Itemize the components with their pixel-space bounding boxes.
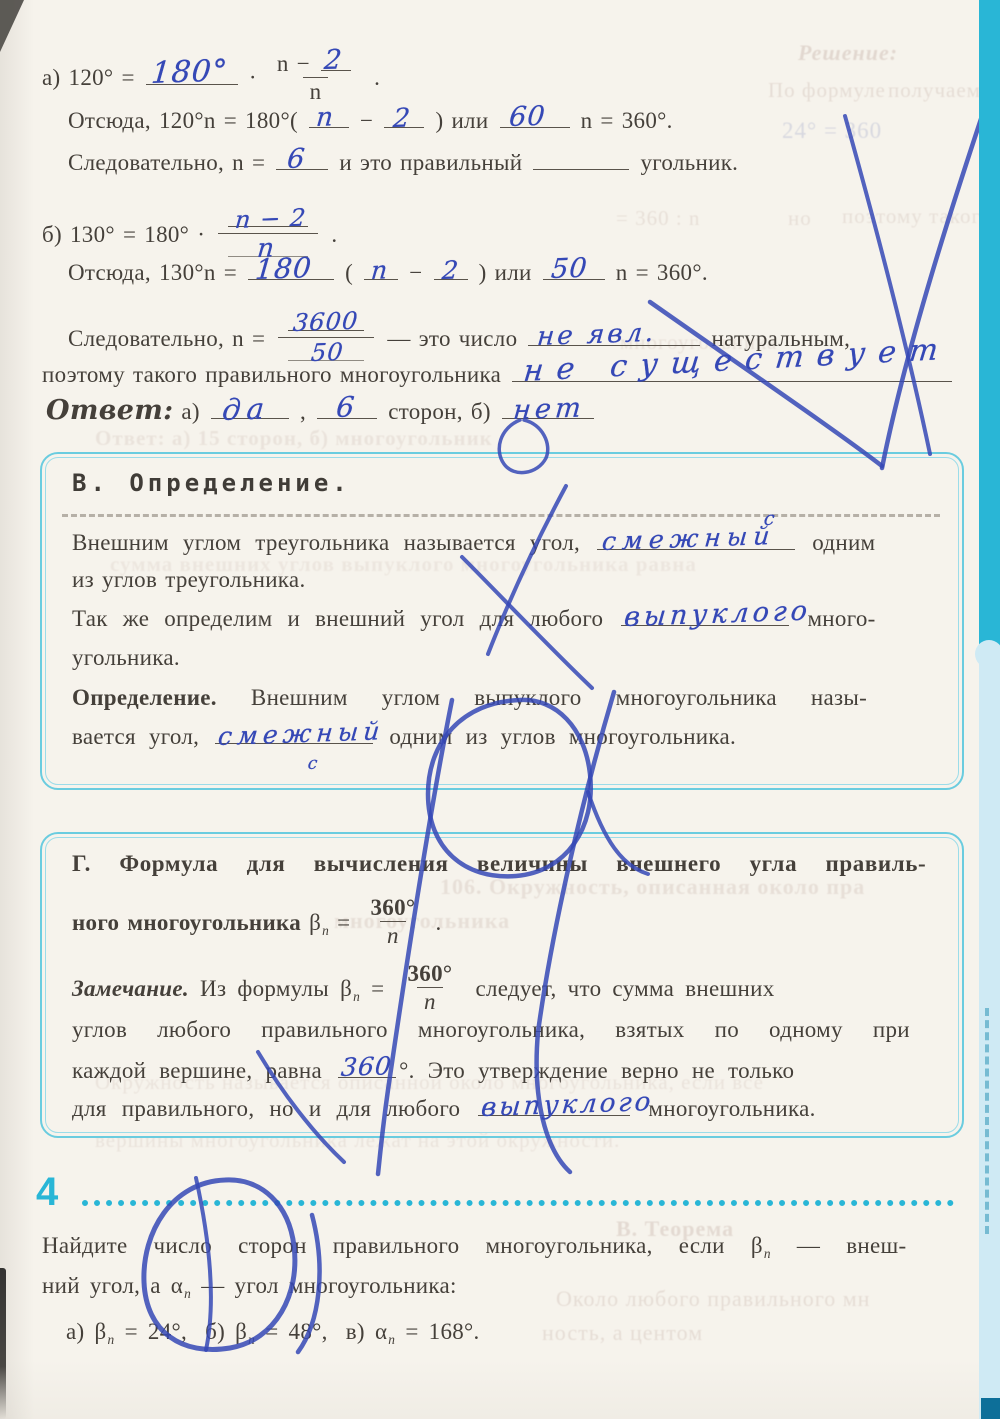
blank-field: выпуклого bbox=[621, 604, 789, 626]
equals-sign: = bbox=[371, 976, 384, 1001]
handwriting-value: 2 bbox=[392, 106, 412, 133]
printed-text: вается угол, bbox=[72, 724, 199, 749]
bleedthrough-text: но bbox=[788, 206, 812, 231]
fraction-numerator: 3600 bbox=[278, 309, 374, 337]
box-v-paragraph1b: из углов треугольника. bbox=[72, 566, 306, 595]
line-ex3b-conclusion2: поэтому такого правильного многоугольник… bbox=[42, 360, 955, 390]
printed-text: Внешним углом выпуклого многоугольника н… bbox=[251, 685, 867, 710]
blank-field: 2 bbox=[434, 258, 468, 280]
printed-text: и это правильный bbox=[339, 150, 522, 175]
printed-text: б) bbox=[471, 399, 491, 424]
line-ex3-answer: Ответ: а) да , 6 сторон, б) нет bbox=[46, 394, 597, 428]
handwriting-value: 6 bbox=[286, 146, 307, 174]
printed-text: − bbox=[409, 260, 422, 285]
blank-field: да bbox=[211, 397, 289, 419]
handwriting-value: 3600 bbox=[292, 309, 359, 335]
handwriting-correction: с bbox=[763, 510, 776, 529]
bleedthrough-text: По формуле bbox=[768, 78, 886, 103]
blank-field: n − 2 bbox=[228, 205, 308, 227]
item-value: = 48°, bbox=[265, 1319, 327, 1344]
item-label: б) bbox=[205, 1319, 225, 1344]
subscript-n: n bbox=[248, 1332, 255, 1347]
printed-text: — внеш- bbox=[797, 1233, 907, 1258]
box-v-paragraph2: Так же определим и внешний угол для любо… bbox=[72, 604, 876, 634]
bleedthrough-handwriting: 24° = 360 bbox=[782, 118, 882, 144]
printed-text: многоугольника. bbox=[648, 1096, 815, 1121]
beta-symbol: β bbox=[235, 1319, 247, 1344]
handwriting-value: смежный bbox=[601, 523, 777, 554]
alpha-symbol: α bbox=[375, 1319, 387, 1344]
printed-text: °. bbox=[399, 1058, 415, 1083]
blank-field: n bbox=[364, 258, 398, 280]
printed-text: n = 360°. bbox=[581, 108, 673, 133]
beta-symbol: β bbox=[340, 976, 352, 1001]
subscript-n: n bbox=[353, 989, 360, 1004]
printed-text: · bbox=[249, 65, 257, 90]
printed-text: − bbox=[360, 108, 373, 133]
blank-field: смежный с bbox=[597, 528, 795, 550]
scan-edge-artifact bbox=[0, 1268, 6, 1419]
pen-stroke-checkmark bbox=[845, 116, 930, 454]
item-label: а) bbox=[66, 1319, 84, 1344]
printed-text: Найдите число сторон правильного многоуг… bbox=[42, 1233, 725, 1258]
handwriting-value: 60 bbox=[508, 103, 547, 131]
bleedthrough-text: поэтому такого bbox=[842, 204, 992, 229]
fraction-denominator: n bbox=[380, 921, 406, 949]
blank-field: 180° bbox=[146, 63, 238, 85]
fraction-denominator: n bbox=[303, 77, 329, 105]
bleedthrough-text: Решение: bbox=[798, 40, 898, 66]
fraction-numerator: 360° bbox=[363, 895, 422, 921]
blank-field: 6 bbox=[317, 397, 377, 419]
fraction: 360° n bbox=[400, 961, 459, 1015]
line-ex3b-step: Отсюда, 130°n = 180 ( n − 2 ) или 50 n =… bbox=[68, 258, 708, 288]
printed-text: угольника. bbox=[72, 645, 180, 670]
blank-field: 2 bbox=[321, 49, 351, 71]
printed-text: Это утверждение верно не только bbox=[428, 1058, 795, 1083]
fraction: 3600 50 bbox=[278, 309, 374, 367]
handwriting-value: 50 bbox=[550, 255, 589, 283]
dotted-rule bbox=[82, 1200, 954, 1206]
printed-text: из углов треугольника. bbox=[72, 567, 306, 592]
printed-text: поэтому такого правильного многоугольник… bbox=[42, 362, 501, 387]
remark-label: Замечание. bbox=[72, 976, 189, 1001]
bleedthrough-text: Около любого правильного мн bbox=[556, 1286, 870, 1312]
handwriting-value: да bbox=[221, 394, 271, 425]
subscript-n: n bbox=[184, 1286, 191, 1301]
scan-corner-artifact bbox=[0, 0, 24, 52]
box-g-title-line1: Г. Формула для вычисления величины внешн… bbox=[72, 850, 926, 879]
fraction-numerator: n − 2 bbox=[218, 205, 318, 233]
equals-sign: = bbox=[337, 910, 350, 935]
right-tab-band-ticks bbox=[985, 1008, 989, 1234]
handwriting-value: 180 bbox=[254, 254, 313, 284]
handwriting-value: n bbox=[315, 105, 335, 132]
handwriting-value: n bbox=[370, 258, 389, 284]
right-tab-page-marker bbox=[981, 1398, 1000, 1419]
beta-symbol: β bbox=[95, 1319, 107, 1344]
beta-symbol: β bbox=[309, 910, 321, 935]
scanned-workbook-page: Ответ: а) 15 сторон, б) многоугольник Ре… bbox=[0, 0, 1000, 1419]
printed-text: каждой вершине, равна bbox=[72, 1058, 322, 1083]
printed-text: б) 130° = 180° · bbox=[42, 222, 205, 247]
printed-text: для правильного, но и для любого bbox=[72, 1096, 460, 1121]
printed-text: — это число bbox=[387, 326, 517, 351]
fraction: n − 2 n bbox=[270, 49, 361, 105]
fraction-numerator: 360° bbox=[400, 961, 459, 987]
answer-label: Ответ: bbox=[46, 395, 173, 426]
exercise4-line2: ний угол, а αn — угол многоугольника: bbox=[42, 1272, 457, 1303]
box-v-paragraph3b: вается угол, смежный с одним из углов мн… bbox=[72, 722, 736, 752]
line-ex3a-conclusion: Следовательно, n = 6 и это правильный уг… bbox=[68, 148, 738, 178]
printed-text: одним из углов многоугольника. bbox=[389, 724, 736, 749]
blank-field: n bbox=[309, 106, 349, 128]
pen-stroke-checkmark bbox=[882, 86, 992, 468]
printed-text: Из формулы bbox=[200, 976, 329, 1001]
printed-text: Следовательно, n = bbox=[68, 150, 265, 175]
printed-text: много- bbox=[807, 606, 875, 631]
blank-field bbox=[533, 148, 629, 170]
printed-text: следует, что сумма внешних bbox=[475, 976, 774, 1001]
bleedthrough-text: = 360 : n bbox=[616, 206, 700, 231]
handwriting-value: 2 bbox=[441, 258, 460, 284]
box-g-remark-line4: для правильного, но и для любого выпукло… bbox=[72, 1094, 816, 1124]
blank-field: 50 bbox=[543, 258, 605, 280]
printed-text: Отсюда, 120°n = 180°( bbox=[68, 108, 298, 133]
handwriting-value: смежный bbox=[217, 718, 386, 749]
exercise4-items: а) βn = 24°, б) βn = 48°, в) αn = 168°. bbox=[66, 1318, 480, 1349]
blank-field: нет bbox=[502, 397, 594, 419]
printed-text: , bbox=[300, 399, 306, 424]
right-tab-band-solid bbox=[979, 0, 1000, 652]
blank-field: 2 bbox=[384, 106, 424, 128]
printed-text: Следовательно, n = bbox=[68, 326, 265, 351]
printed-text: . bbox=[435, 910, 441, 935]
blank-field: 50 bbox=[288, 339, 364, 361]
subscript-n: n bbox=[764, 1246, 771, 1261]
printed-text: Отсюда, 130°n = bbox=[68, 260, 237, 285]
handwriting-value: нет bbox=[512, 395, 586, 424]
printed-text: ний угол, а bbox=[42, 1273, 161, 1298]
box-g-title-line2: ного многоугольника βn = 360° n . bbox=[72, 898, 442, 952]
blank-field: выпуклого bbox=[478, 1094, 630, 1116]
blank-field: не существует bbox=[512, 360, 952, 382]
handwriting-value: выпуклого bbox=[623, 598, 812, 631]
fraction-denominator: n bbox=[417, 987, 443, 1015]
fraction: 360° n bbox=[363, 895, 422, 949]
handwriting-value: n − 2 bbox=[234, 206, 307, 232]
bleedthrough-text: ность, а центом bbox=[542, 1320, 703, 1346]
box-g-remark-line3: каждой вершине, равна 360 °. Это утвержд… bbox=[72, 1056, 794, 1086]
handwriting-value: 2 bbox=[323, 47, 344, 75]
bleedthrough-text: получаем bbox=[888, 78, 981, 103]
box-v-paragraph3: Определение. Внешним углом выпуклого мно… bbox=[72, 684, 867, 713]
blank-field: 60 bbox=[500, 106, 570, 128]
item-label: в) bbox=[346, 1319, 365, 1344]
subscript-n: n bbox=[108, 1332, 115, 1347]
printed-text: . bbox=[331, 222, 337, 247]
printed-text: ) или bbox=[435, 108, 488, 133]
box-g-remark-line1: Замечание. Из формулы βn = 360° n следуе… bbox=[72, 964, 775, 1018]
printed-text: . bbox=[374, 65, 380, 90]
handwriting-value: не явл. bbox=[536, 320, 658, 350]
blank-field: 360 bbox=[338, 1056, 396, 1078]
handwriting-value: 360 bbox=[340, 1053, 393, 1080]
item-value: = 24°, bbox=[125, 1319, 187, 1344]
box-v-paragraph2b: угольника. bbox=[72, 644, 180, 673]
printed-text: одним bbox=[812, 530, 875, 555]
exercise-number: 4 bbox=[36, 1172, 58, 1212]
line-ex3a-formula: а) 120° = 180° · n − 2 n . bbox=[42, 52, 380, 108]
handwriting-value: 6 bbox=[335, 393, 356, 422]
blank-field: смежный с bbox=[215, 722, 373, 744]
handwriting-value: 180° bbox=[150, 56, 229, 89]
handwriting-correction: с bbox=[307, 756, 319, 773]
printed-text: — угол многоугольника: bbox=[201, 1273, 457, 1298]
blank-field: 3600 bbox=[288, 309, 364, 331]
exercise4-line1: Найдите число сторон правильного многоуг… bbox=[42, 1232, 906, 1263]
handwriting-value: выпуклого bbox=[480, 1089, 655, 1121]
subscript-n: n bbox=[322, 923, 329, 938]
printed-text: n − bbox=[277, 51, 310, 76]
box-g-remark-line2: углов любого правильного многоугольника,… bbox=[72, 1016, 910, 1045]
alpha-symbol: α bbox=[171, 1273, 183, 1298]
printed-text: а) bbox=[181, 399, 199, 424]
beta-symbol: β bbox=[751, 1233, 763, 1258]
definition-label: Определение. bbox=[72, 685, 217, 710]
subscript-n: n bbox=[388, 1332, 395, 1347]
bleedthrough-text: Ответ: а) 15 сторон, б) многоугольник bbox=[95, 426, 493, 451]
printed-text: n = 360°. bbox=[616, 260, 708, 285]
box-v-paragraph1: Внешним углом треугольника называется уг… bbox=[72, 528, 875, 558]
item-value: = 168°. bbox=[405, 1319, 479, 1344]
line-ex3a-step: Отсюда, 120°n = 180°( n − 2 ) или 60 n =… bbox=[68, 106, 673, 136]
printed-text: угольник. bbox=[640, 150, 738, 175]
printed-text: сторон, bbox=[388, 399, 463, 424]
printed-text: а) 120° = bbox=[42, 65, 135, 90]
printed-text: ) или bbox=[479, 260, 532, 285]
box-v-title: В. Определение. bbox=[72, 468, 351, 498]
blank-field: 180 bbox=[248, 258, 334, 280]
blank-field: 6 bbox=[276, 148, 328, 170]
printed-text: Так же определим и внешний угол для любо… bbox=[72, 606, 603, 631]
printed-text: ного многоугольника bbox=[72, 910, 301, 935]
printed-text: ( bbox=[345, 260, 353, 285]
blank-field: не явл. bbox=[528, 324, 700, 346]
fraction-numerator: n − 2 bbox=[270, 49, 361, 77]
printed-text: Внешним углом треугольника называется уг… bbox=[72, 530, 580, 555]
